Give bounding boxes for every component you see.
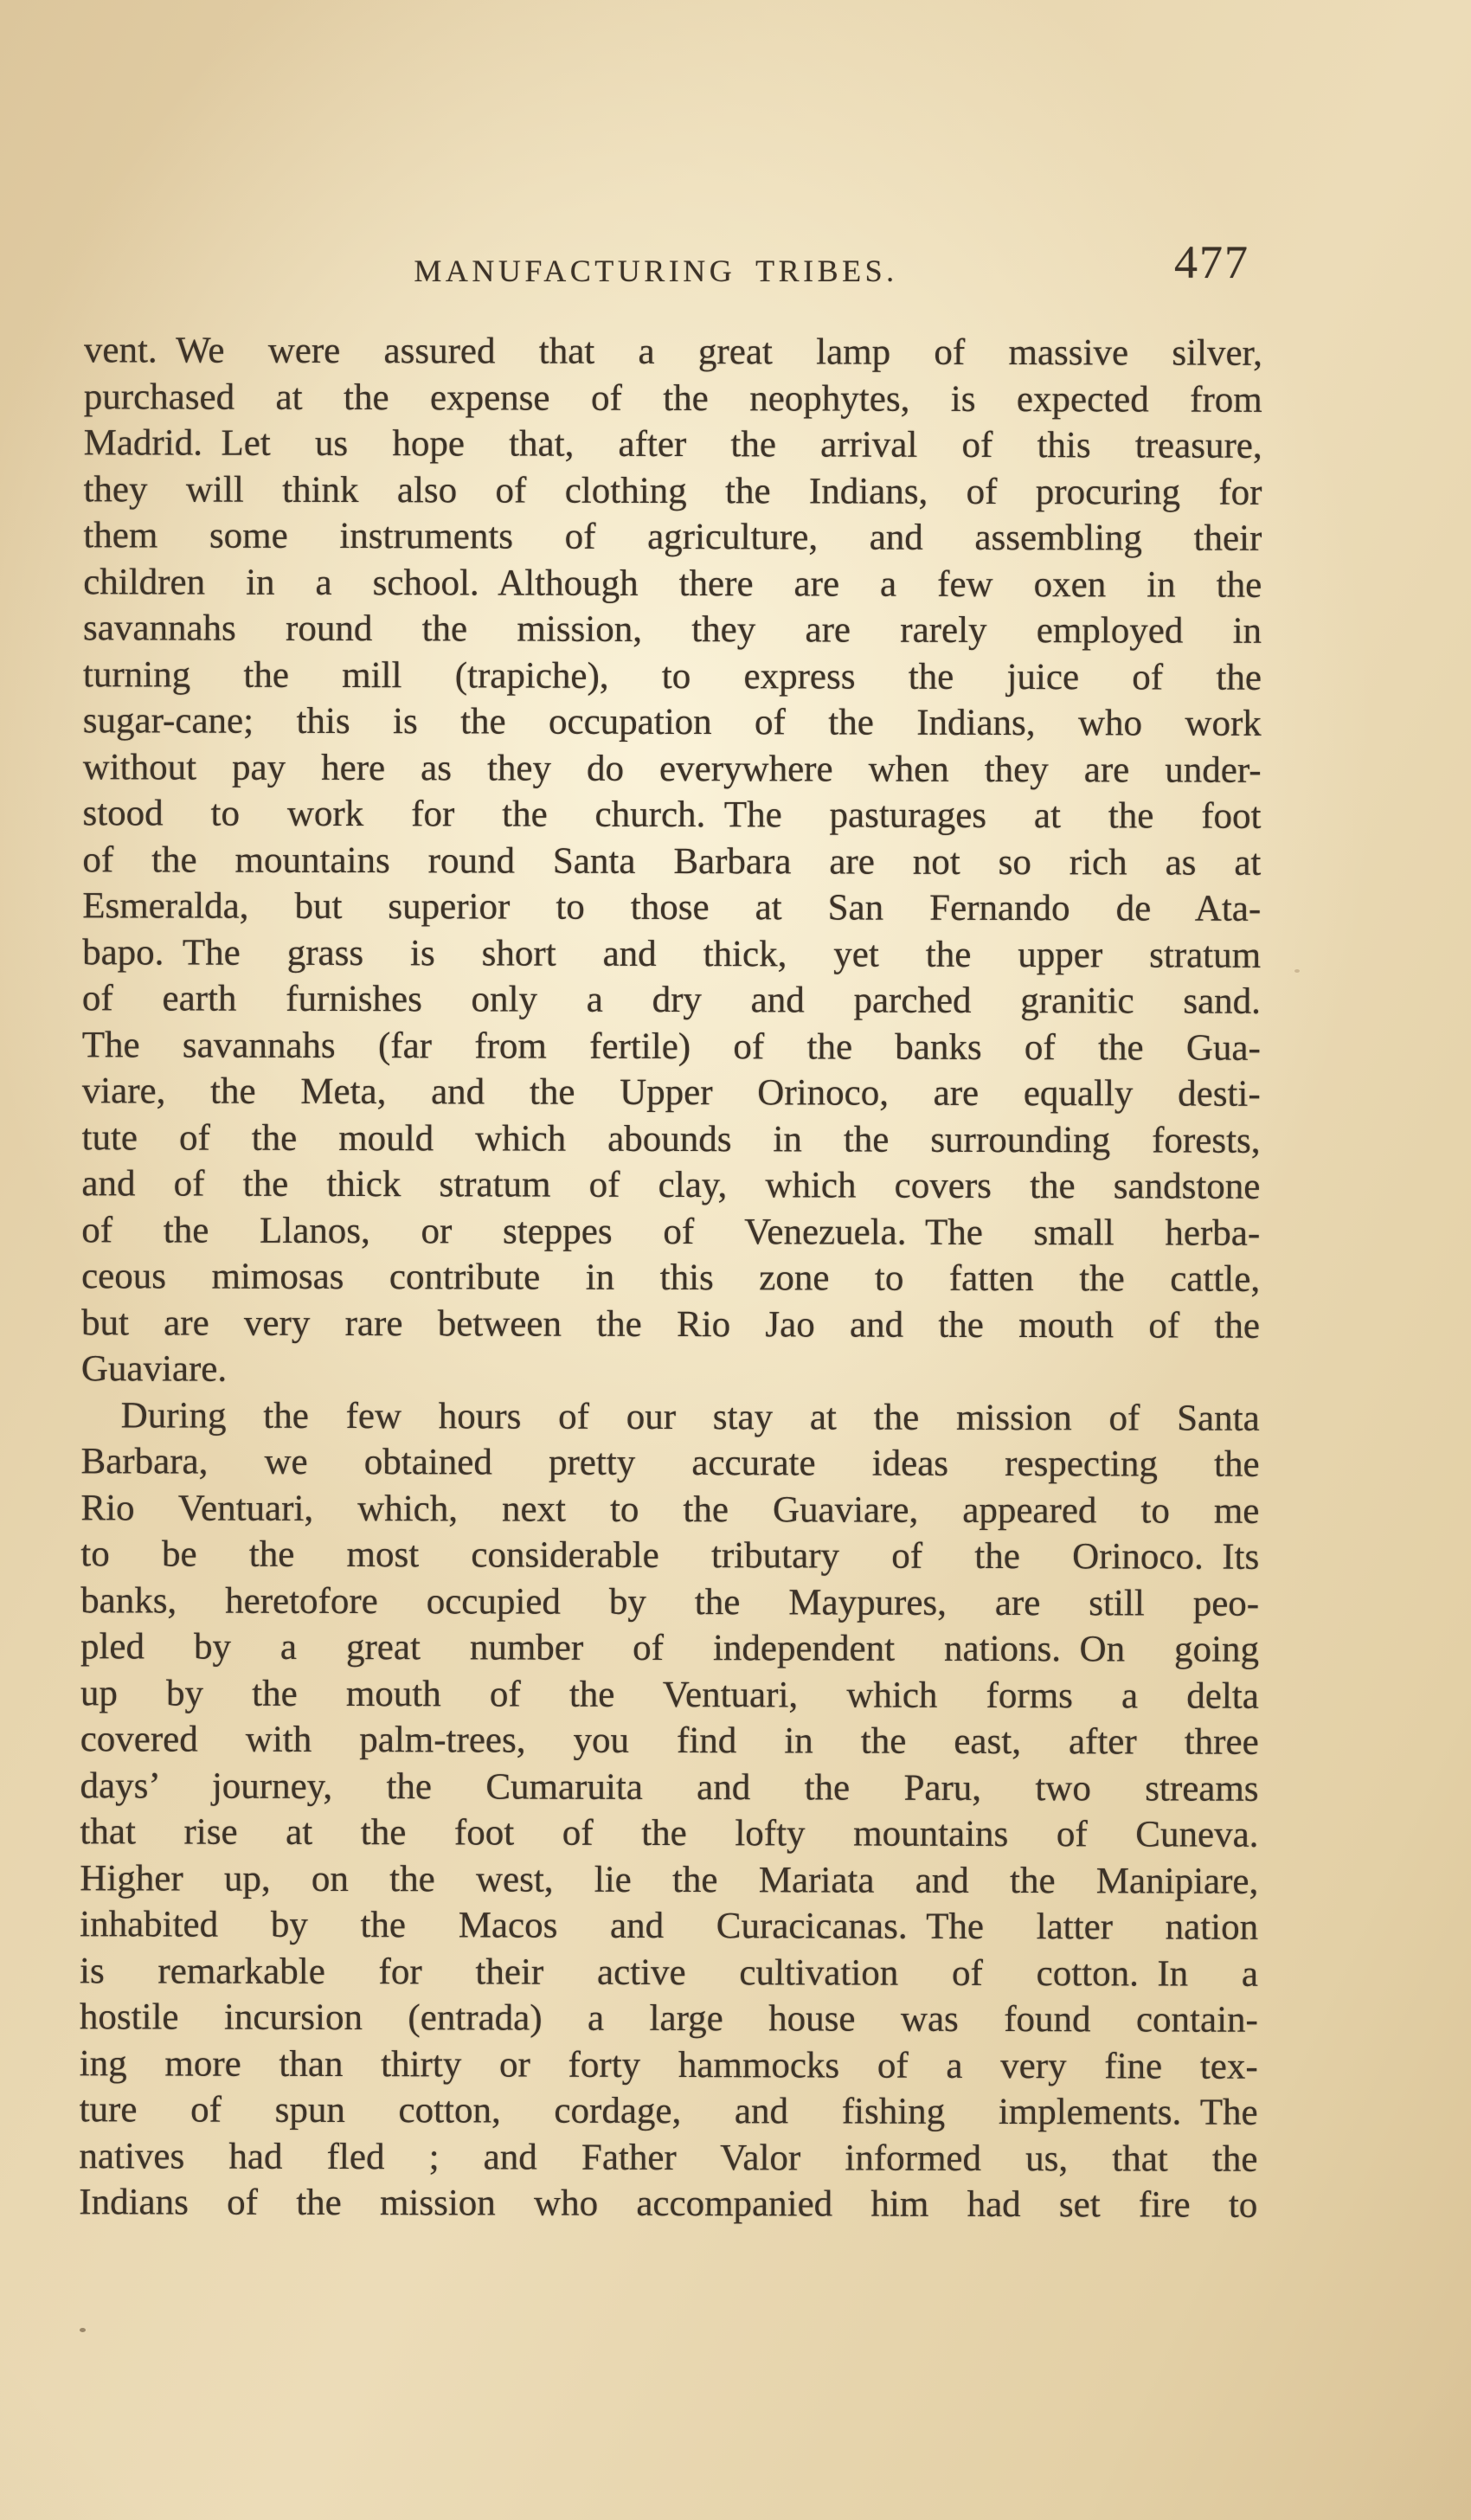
text-line: sugar-cane; this is the occupation of th… [83, 697, 1262, 747]
text-line: of the mountains round Santa Barbara are… [82, 837, 1261, 886]
text-line: that rise at the foot of the lofty mount… [80, 1809, 1258, 1858]
text-line: Indians of the mission who accompanied h… [79, 2179, 1257, 2228]
text-line: natives had fled ; and Father Valor info… [79, 2133, 1257, 2182]
text-line: Madrid. Let us hope that, after the arri… [84, 420, 1262, 469]
text-line: The savannahs (far from fertile) of the … [82, 1022, 1261, 1071]
text-line: children in a school. Although there are… [83, 559, 1262, 608]
running-head: MANUFACTURING TRIBES. 477 [87, 246, 1263, 301]
text-line: vent. We were assured that a great lamp … [84, 327, 1262, 376]
text-line: they will think also of clothing the Ind… [83, 466, 1262, 516]
text-line: Rio Ventuari, which, next to the Guaviar… [80, 1485, 1259, 1534]
text-line: banks, heretofore occupied by the Maypur… [80, 1578, 1259, 1627]
text-line: Esmeralda, but superior to those at San … [82, 883, 1261, 932]
text-line: to be the most considerable tributary of… [80, 1531, 1259, 1580]
running-title: MANUFACTURING TRIBES. [87, 246, 1263, 296]
text-line: of earth furnishes only a dry and parche… [82, 975, 1261, 1025]
text-line: and of the thick stratum of clay, which … [81, 1160, 1260, 1210]
text-line: hostile incursion (entrada) a large hous… [80, 1994, 1258, 2043]
text-line: savannahs round the mission, they are ra… [83, 605, 1262, 654]
page-number: 477 [1174, 234, 1249, 291]
text-line: ceous mimosas contribute in this zone to… [81, 1253, 1260, 1302]
text-line: During the few hours of our stay at the … [81, 1392, 1260, 1442]
text-line: without pay here as they do everywhere w… [83, 744, 1262, 794]
text-line: Guaviare. [81, 1346, 1260, 1395]
text-line: turning the mill (trapiche), to express … [83, 652, 1262, 701]
text-line: but are very rare between the Rio Jao an… [81, 1300, 1260, 1349]
book-page-scan: MANUFACTURING TRIBES. 477 vent. We were … [0, 0, 1471, 2520]
text-line: bapo. The grass is short and thick, yet … [82, 929, 1261, 979]
text-line: ture of spun cotton, cordage, and fishin… [80, 2086, 1258, 2136]
page-text: vent. We were assured that a great lamp … [79, 327, 1262, 2228]
text-line: stood to work for the church. The pastur… [82, 790, 1261, 839]
text-line: them some instruments of agriculture, an… [83, 512, 1262, 562]
text-line: tute of the mould which abounds in the s… [81, 1115, 1260, 1164]
ink-speck [80, 2328, 86, 2332]
text-line: viare, the Meta, and the Upper Orinoco, … [82, 1068, 1261, 1117]
text-line: covered with palm-trees, you find in the… [80, 1716, 1259, 1765]
paper-blemish [1294, 969, 1300, 973]
text-line: days’ journey, the Cumaruita and the Par… [80, 1763, 1259, 1812]
text-line: Higher up, on the west, lie the Mariata … [80, 1855, 1258, 1905]
text-line: inhabited by the Macos and Curacicanas. … [80, 1901, 1258, 1951]
text-line: up by the mouth of the Ventuari, which f… [80, 1670, 1259, 1720]
text-line: purchased at the expense of the neophyte… [84, 374, 1262, 423]
text-line: Barbara, we obtained pretty accurate ide… [81, 1438, 1260, 1488]
text-line: is remarkable for their active cultivati… [80, 1948, 1258, 1997]
text-line: ing more than thirty or forty hammocks o… [80, 2041, 1258, 2090]
text-line: pled by a great number of independent na… [80, 1623, 1259, 1673]
text-line: of the Llanos, or steppes of Venezuela. … [81, 1207, 1260, 1257]
